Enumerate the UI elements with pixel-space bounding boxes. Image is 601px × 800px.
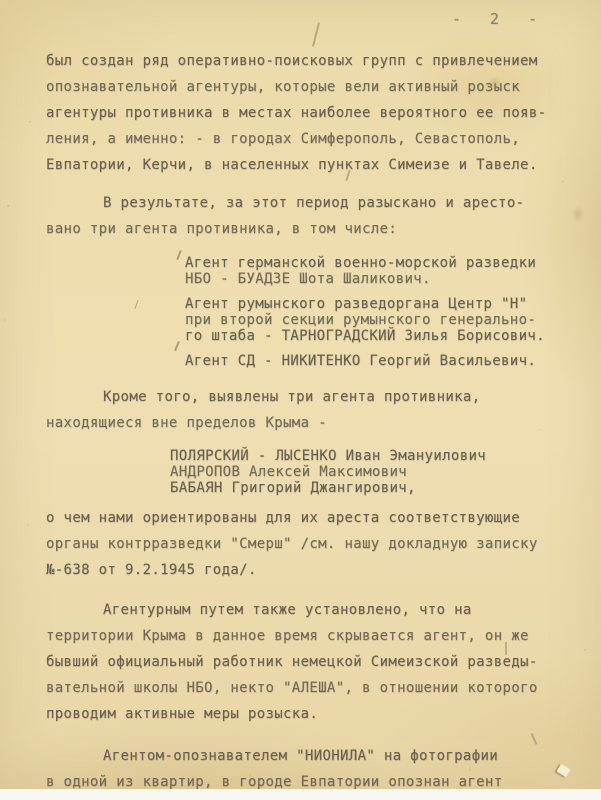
text-line: Агент германской военно-морской разведки (185, 255, 573, 271)
text-line: при второй секции румынского генерально- (185, 312, 573, 328)
text-line: ПОЛЯРСКИЙ - ЛЫСЕНКО Иван Эмануилович (170, 448, 573, 464)
text-line: вано три агента противника, в том числе: (46, 216, 573, 242)
indented-block: Агент румынского разведоргана Центр "Н"п… (185, 296, 573, 344)
text-line: агентуры противника в местах наиболее ве… (46, 100, 573, 126)
paragraph: Агентом-опознавателем "НИОНИЛА" на фотог… (46, 743, 573, 795)
text-line: Евпатории, Керчи, в населенных пунктах С… (46, 152, 573, 178)
text-line: В результате, за этот период разыскано и… (46, 190, 573, 216)
text-line: го штаба - ТАРНОГРАДСКИЙ Зилья Борисович… (185, 328, 573, 344)
paragraph: Агентурным путем также установлено, что … (46, 597, 573, 727)
text-line: Агент СД - НИКИТЕНКО Георгий Васильевич. (185, 353, 573, 369)
scanned-page: - 2 - был создан ряд оперативно-поисковы… (0, 0, 601, 789)
indented-block: Агент германской военно-морской разведки… (185, 255, 573, 287)
text-line: БАБАЯН Григорий Джангирович, (170, 480, 573, 496)
text-line: находящиеся вне пределов Крыма - (46, 410, 573, 436)
text-line: Агент румынского разведоргана Центр "Н" (185, 296, 573, 312)
paragraph: В результате, за этот период разыскано и… (46, 190, 573, 242)
text-line: ления, а именно: - в городах Симферополь… (46, 126, 573, 152)
text-line: вательной школы НБО, некто "АЛЕША", в от… (46, 675, 573, 701)
scan-background (0, 789, 601, 800)
text-line: №-638 от 9.2.1945 года/. (46, 557, 573, 583)
text-line: органы контрразведки "Смерш" /см. нашу д… (46, 531, 573, 557)
page-number: - 2 - (452, 10, 547, 28)
text-line: территории Крыма в данное время скрывает… (46, 623, 573, 649)
text-line: Агентурным путем также установлено, что … (46, 597, 573, 623)
paragraph: Кроме того, выявлены три агента противни… (46, 384, 573, 436)
pen-stroke-mark (312, 22, 320, 47)
paragraph: был создан ряд оперативно-поисковых груп… (46, 48, 573, 178)
text-line: бывший официальный работник немецкой Сим… (46, 649, 573, 675)
paper-stain (572, 205, 584, 223)
paragraph: о чем нами ориентированы для их ареста с… (46, 505, 573, 583)
text-line: НБО - БУАДЗЕ Шота Шаликович. (185, 271, 573, 287)
text-line: Кроме того, выявлены три агента противни… (46, 384, 573, 410)
text-line: опознавательной агентуры, которые вели а… (46, 74, 573, 100)
text-line: был создан ряд оперативно-поисковых груп… (46, 48, 573, 74)
indented-block: ПОЛЯРСКИЙ - ЛЫСЕНКО Иван ЭмануиловичАНДР… (170, 448, 573, 496)
text-line: проводим активные меры розыска. (46, 701, 573, 727)
text-line: АНДРОПОВ Алексей Максимович (170, 464, 573, 480)
text-line: Агентом-опознавателем "НИОНИЛА" на фотог… (46, 743, 573, 769)
indented-block: Агент СД - НИКИТЕНКО Георгий Васильевич. (185, 353, 573, 369)
text-line: о чем нами ориентированы для их ареста с… (46, 505, 573, 531)
document-body: был создан ряд оперативно-поисковых груп… (46, 48, 573, 795)
